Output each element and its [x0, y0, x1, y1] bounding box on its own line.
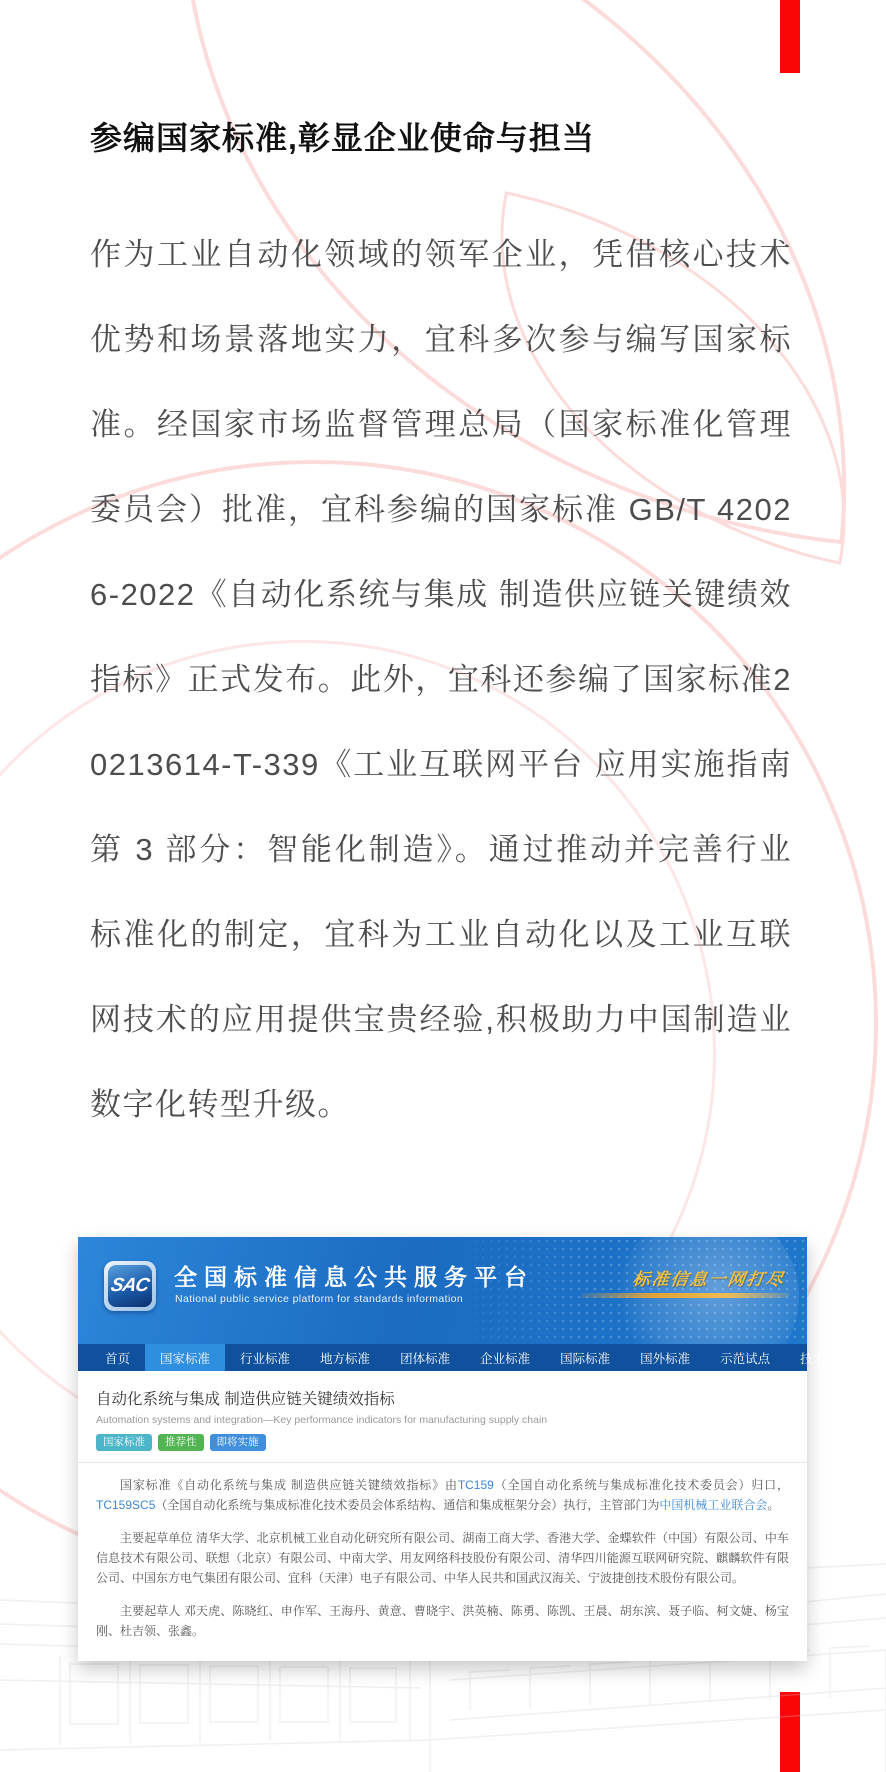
standard-badges: 国家标准推荐性即将实施 — [96, 1434, 789, 1451]
standard-title: 自动化系统与集成 制造供应链关键绩效指标 — [96, 1387, 789, 1409]
article-body: 作为工业自动化领域的领军企业，凭借核心技术优势和场景落地实力，宜科多次参与编写国… — [90, 212, 792, 1147]
divider — [78, 1462, 807, 1463]
nav-item-国外标准[interactable]: 国外标准 — [625, 1344, 705, 1371]
badge-国家标准: 国家标准 — [96, 1434, 152, 1451]
link-TC159[interactable]: TC159 — [458, 1478, 494, 1492]
nav-item-行业标准[interactable]: 行业标准 — [225, 1344, 305, 1371]
badge-即将实施: 即将实施 — [210, 1434, 266, 1451]
nav-item-团体标准[interactable]: 团体标准 — [385, 1344, 465, 1371]
sac-logo-text: SAC — [109, 1275, 151, 1297]
nav-item-企业标准[interactable]: 企业标准 — [465, 1344, 545, 1371]
standard-committee-paragraph: 国家标准《自动化系统与集成 制造供应链关键绩效指标》由TC159（全国自动化系统… — [96, 1475, 789, 1515]
platform-content: 自动化系统与集成 制造供应链关键绩效指标 Automation systems … — [78, 1371, 807, 1661]
nav-item-国家标准[interactable]: 国家标准 — [145, 1344, 225, 1371]
link-TC159SC5[interactable]: TC159SC5 — [96, 1498, 155, 1512]
platform-slogan: 标准信息一网打尽 — [631, 1265, 787, 1290]
nav-item-国际标准[interactable]: 国际标准 — [545, 1344, 625, 1371]
drafting-organizations-paragraph: 主要起草单位 清华大学、北京机械工业自动化研究所有限公司、湖南工商大学、香港大学… — [96, 1528, 789, 1588]
paragraph-text: 国家标准《自动化系统与集成 制造供应链关键绩效指标》由 — [120, 1478, 458, 1492]
platform-header: SAC 全国标准信息公共服务平台 National public service… — [78, 1237, 807, 1344]
paragraph-text: 。 — [767, 1498, 779, 1512]
drafters-paragraph: 主要起草人 邓天虎、陈晓红、申作军、王海丹、黄意、曹晓宇、洪英楠、陈勇、陈凯、王… — [96, 1601, 789, 1641]
paragraph-text: （全国自动化系统与集成标准化技术委员会）归口， — [494, 1478, 789, 1492]
nav-item-首页[interactable]: 首页 — [90, 1344, 145, 1371]
paragraph-text: （全国自动化系统与集成标准化技术委员会体系结构、通信和集成框架分会）执行，主管部… — [155, 1498, 659, 1512]
slogan-underline — [580, 1293, 791, 1298]
badge-推荐性: 推荐性 — [158, 1434, 204, 1451]
article: 参编国家标准,彰显企业使命与担当 作为工业自动化领域的领军企业，凭借核心技术优势… — [90, 118, 792, 1147]
red-accent-bar-top — [780, 0, 800, 73]
nav-item-技术委员会[interactable]: 技术委员会 — [785, 1344, 878, 1371]
sac-logo: SAC — [104, 1261, 156, 1311]
standards-platform-screenshot: SAC 全国标准信息公共服务平台 National public service… — [78, 1237, 807, 1661]
platform-nav: 首页国家标准行业标准地方标准团体标准企业标准国际标准国外标准示范试点技术委员会 — [78, 1344, 807, 1371]
article-page: 参编国家标准,彰显企业使命与担当 作为工业自动化领域的领军企业，凭借核心技术优势… — [0, 0, 886, 1772]
platform-subtitle-en: National public service platform for sta… — [175, 1293, 463, 1305]
article-heading: 参编国家标准,彰显企业使命与担当 — [90, 118, 792, 160]
link-中国机械工业联合会[interactable]: 中国机械工业联合会 — [659, 1498, 767, 1512]
nav-item-地方标准[interactable]: 地方标准 — [305, 1344, 385, 1371]
nav-item-示范试点[interactable]: 示范试点 — [705, 1344, 785, 1371]
standard-title-en: Automation systems and integration—Key p… — [96, 1414, 789, 1426]
platform-title: 全国标准信息公共服务平台 — [174, 1259, 534, 1292]
